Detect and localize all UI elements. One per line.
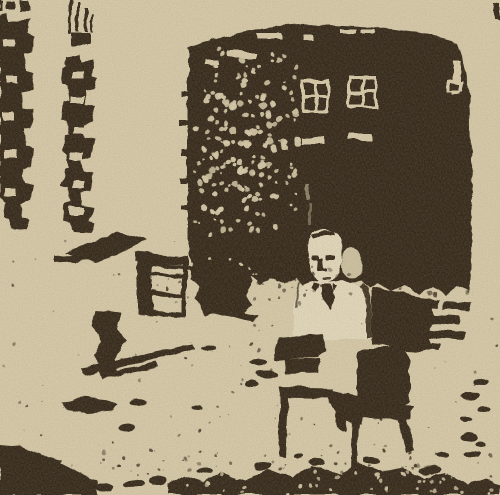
- paper-grain-light: [0, 0, 500, 495]
- screenprint-scene: [0, 0, 500, 495]
- album-art-image: [0, 0, 500, 495]
